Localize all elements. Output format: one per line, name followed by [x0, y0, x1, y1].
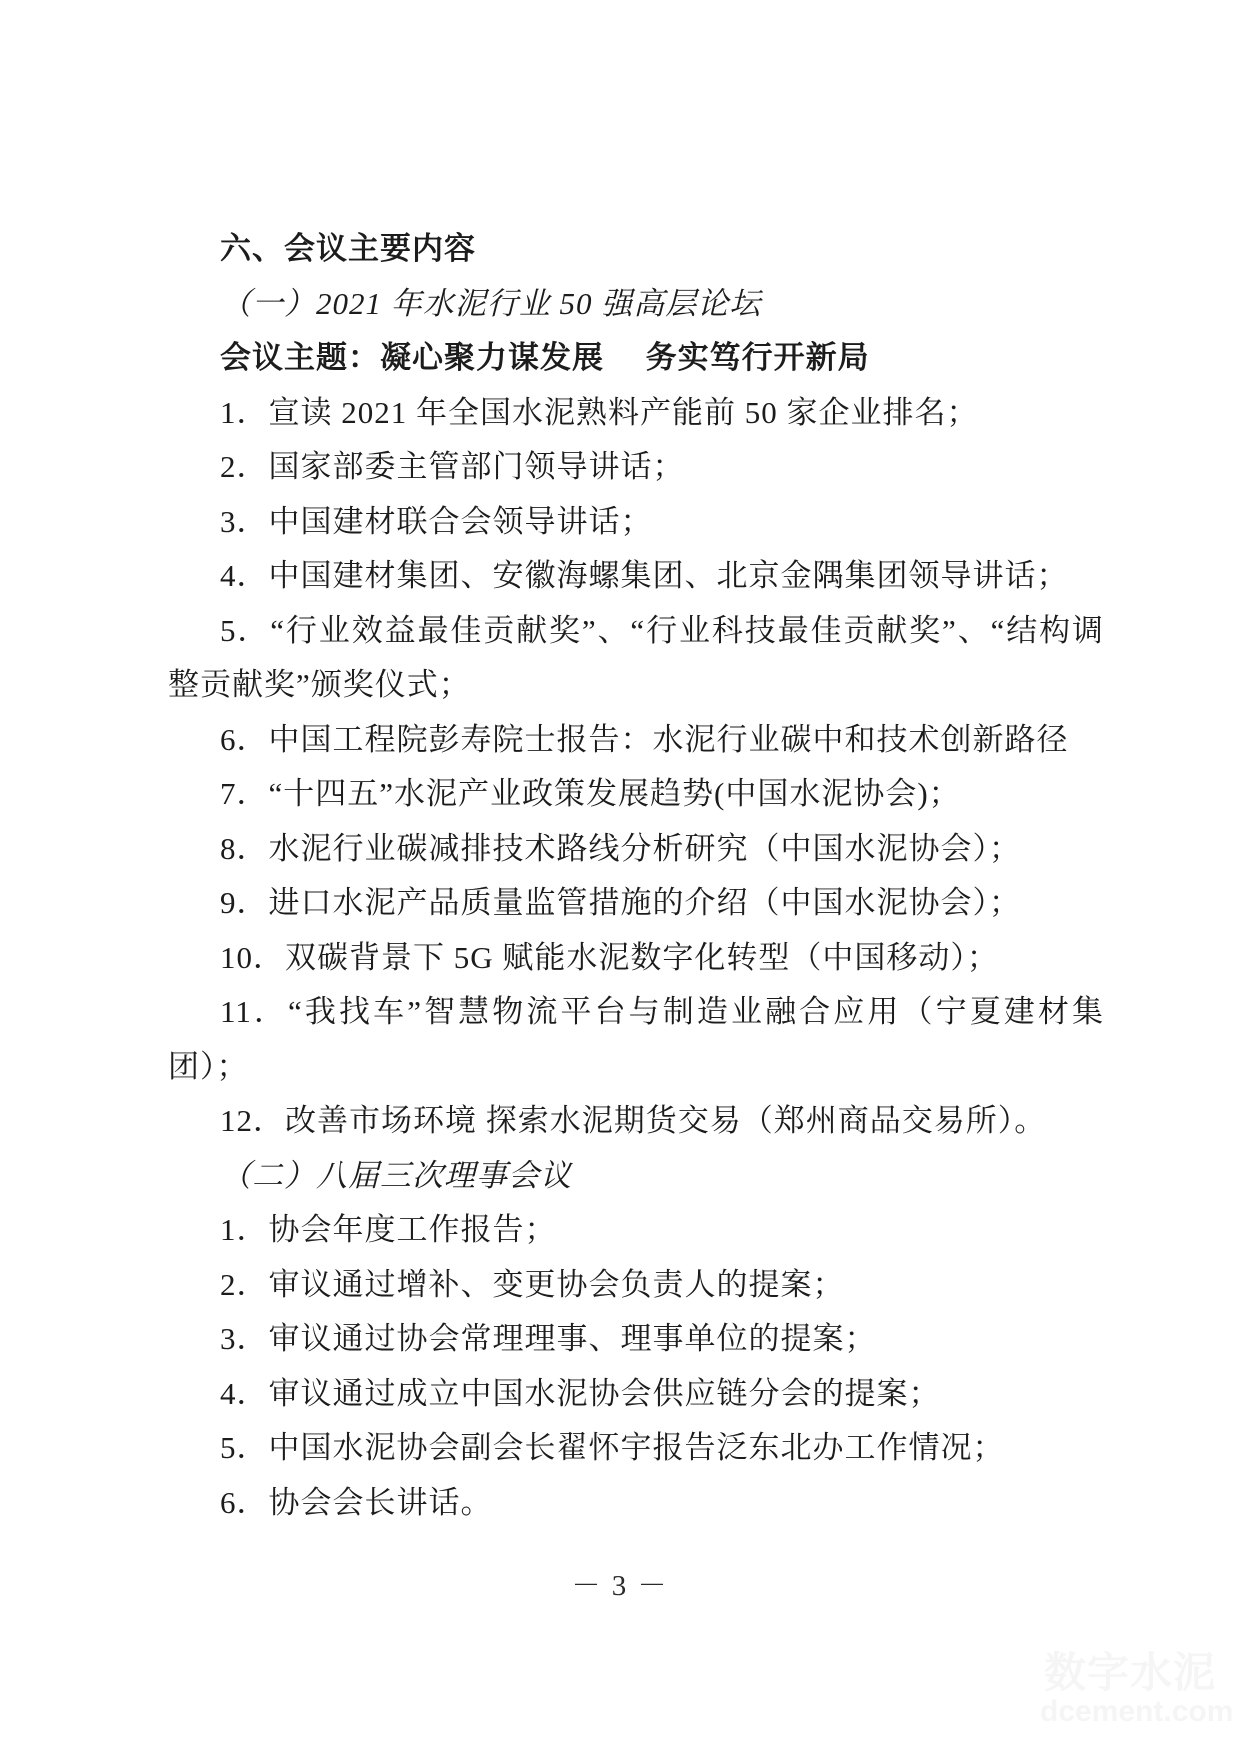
- document-line: 2．国家部委主管部门领导讲话；: [168, 440, 1104, 495]
- document-line: 5．“行业效益最佳贡献奖”、“行业科技最佳贡献奖”、“结构调整贡献奖”颁奖仪式；: [168, 604, 1104, 713]
- document-page: 六、会议主要内容（一）2021 年水泥行业 50 强高层论坛会议主题：凝心聚力谋…: [0, 0, 1240, 1753]
- watermark: 数字水泥 dcement.com: [1040, 1650, 1220, 1728]
- document-line: 会议主题：凝心聚力谋发展 务实笃行开新局: [168, 331, 1104, 386]
- document-line: 8．水泥行业碳减排技术路线分析研究（中国水泥协会）；: [168, 822, 1104, 877]
- document-line: 6．中国工程院彭寿院士报告：水泥行业碳中和技术创新路径: [168, 713, 1104, 768]
- document-line: （二）八届三次理事会议: [168, 1149, 1104, 1204]
- document-line: 1．宣读 2021 年全国水泥熟料产能前 50 家企业排名；: [168, 386, 1104, 441]
- document-body: 六、会议主要内容（一）2021 年水泥行业 50 强高层论坛会议主题：凝心聚力谋…: [168, 222, 1104, 1530]
- document-line: 3．审议通过协会常理理事、理事单位的提案；: [168, 1312, 1104, 1367]
- document-line: 4．中国建材集团、安徽海螺集团、北京金隅集团领导讲话；: [168, 549, 1104, 604]
- document-line: 4．审议通过成立中国水泥协会供应链分会的提案；: [168, 1367, 1104, 1422]
- watermark-title: 数字水泥: [1040, 1650, 1220, 1696]
- document-line: 5．中国水泥协会副会长翟怀宇报告泛东北办工作情况；: [168, 1421, 1104, 1476]
- document-line: 六、会议主要内容: [168, 222, 1104, 277]
- document-line: 6．协会会长讲话。: [168, 1476, 1104, 1531]
- page-number: － 3 －: [0, 1570, 1240, 1602]
- document-line: 7．“十四五”水泥产业政策发展趋势(中国水泥协会)；: [168, 767, 1104, 822]
- document-line: 11．“我找车”智慧物流平台与制造业融合应用（宁夏建材集团）；: [168, 985, 1104, 1094]
- document-line: （一）2021 年水泥行业 50 强高层论坛: [168, 277, 1104, 332]
- document-line: 12．改善市场环境 探索水泥期货交易（郑州商品交易所）。: [168, 1094, 1104, 1149]
- document-line: 1．协会年度工作报告；: [168, 1203, 1104, 1258]
- document-line: 10．双碳背景下 5G 赋能水泥数字化转型（中国移动）；: [168, 931, 1104, 986]
- document-line: 9．进口水泥产品质量监管措施的介绍（中国水泥协会）；: [168, 876, 1104, 931]
- document-line: 3．中国建材联合会领导讲话；: [168, 495, 1104, 550]
- watermark-domain: dcement.com: [1040, 1696, 1220, 1728]
- document-line: 2．审议通过增补、变更协会负责人的提案；: [168, 1258, 1104, 1313]
